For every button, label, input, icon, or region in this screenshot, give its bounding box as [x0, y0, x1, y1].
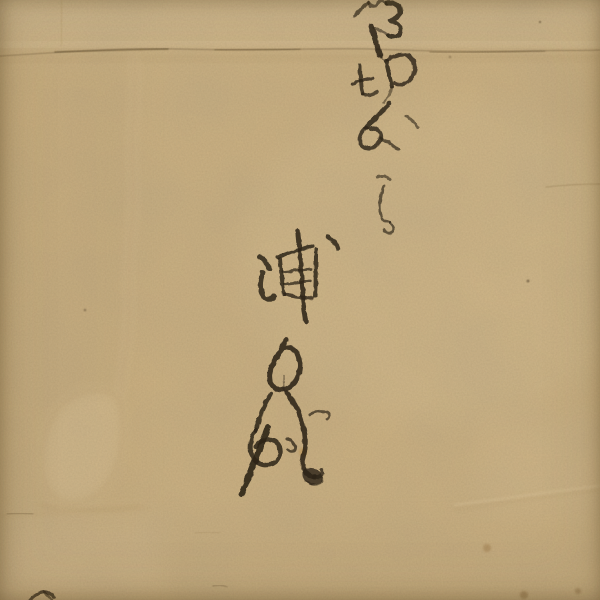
paper-grain-light	[0, 0, 600, 600]
manuscript-canvas	[0, 0, 600, 600]
brush-stroke	[315, 249, 316, 296]
manuscript-photograph: Photograph of an aged, creased sheet of …	[0, 0, 600, 600]
